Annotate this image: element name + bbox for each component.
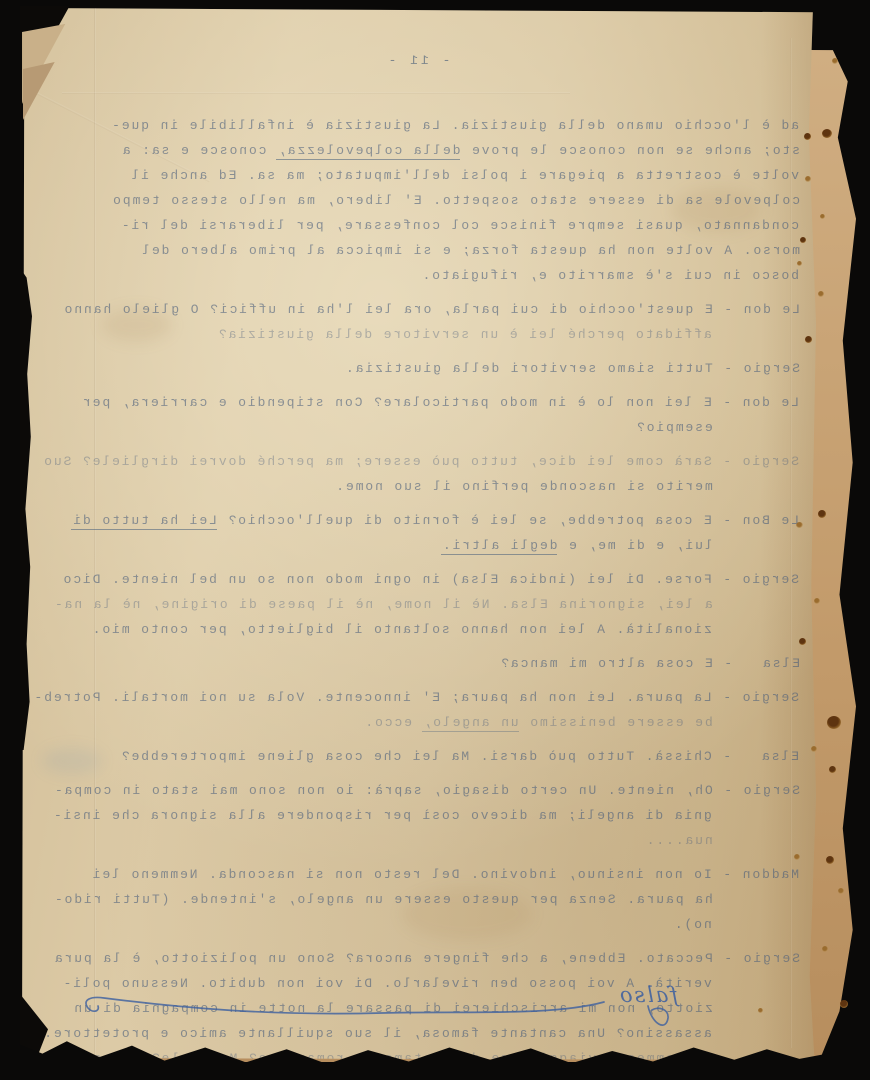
typewritten-line: ha paura. Senza per questo essere un ang… — [36, 887, 800, 912]
line-text: Sergio - Oh, niente. Un certo disagio, s… — [53, 783, 800, 798]
page-number: - 11 - — [36, 48, 800, 73]
typewritten-text: - 11 - ad è l'occhio umano della giustiz… — [36, 48, 800, 1071]
line-text: Elsa - Chissà. Tutto può darsi. Ma lei c… — [120, 749, 799, 764]
worm-hole — [794, 854, 800, 860]
line-text: Le don - E quest'occhio di cui parla, or… — [63, 302, 800, 317]
worm-hole — [804, 133, 811, 140]
typewritten-line: Elsa - Chissà. Tutto può darsi. Ma lei c… — [35, 744, 799, 769]
typewritten-line: lui, e di me, e degli altri. — [36, 533, 800, 558]
line-text: merito si nasconde perfino il suo nome. — [334, 479, 800, 494]
typewritten-line: be essere benissimo un angelo, ecco. — [36, 710, 800, 735]
ink-underline-flourish — [86, 997, 604, 1013]
worm-hole — [832, 58, 838, 64]
typewritten-line: affidato perché lei è un servitore della… — [35, 322, 799, 347]
typewritten-line: Le don - E lei non lo è in modo particol… — [35, 390, 799, 415]
line-text: Sergio - Tutti siamo servitori della giu… — [344, 361, 800, 376]
worm-hole — [829, 766, 836, 773]
worm-hole — [796, 522, 803, 528]
typewritten-line: morso. A volte non ha questa forza; e si… — [36, 238, 800, 263]
line-text: Le don - E lei non lo è in modo particol… — [81, 395, 799, 410]
line-text: sto; anche se non conosce le prove — [460, 143, 800, 158]
line-text: conosce e sa: a — [121, 143, 276, 158]
line-text: ha paura. Senza per questo essere un ang… — [53, 892, 800, 907]
worm-hole — [822, 129, 832, 138]
typewritten-line: esempio? — [36, 415, 800, 440]
typewritten-line: Sergio - Tutti siamo servitori della giu… — [36, 356, 800, 381]
line-text: affidato perché lei è un servitore della… — [217, 327, 799, 342]
typewritten-line: Elsa - E cosa altro mi manca? — [36, 651, 800, 676]
line-text: Sergio - Forse. Di lei (indica Elsa) in … — [62, 572, 799, 587]
underlined-text: della colpevolezza, — [276, 143, 460, 160]
worm-hole — [822, 946, 828, 952]
typewritten-line: Sergio - La paura. Lei non ha paura; E' … — [35, 685, 799, 710]
line-text: Elsa - E cosa altro mi manca? — [499, 656, 800, 671]
typewritten-line: a lei, signorina Elsa. Nè il nome, nè il… — [36, 592, 800, 617]
typewritten-line: Maddon - Io non insinuo, indovino. Del r… — [35, 862, 799, 887]
worm-hole — [799, 638, 806, 645]
line-text: morso. A volte non ha questa forza; e si… — [140, 243, 800, 258]
worm-hole — [805, 176, 811, 182]
typewritten-line: zionalità. A lei non hanno soltanto il b… — [35, 617, 799, 642]
worm-hole — [800, 237, 806, 243]
typewritten-line: condannato, quasi sempre finisce col con… — [35, 213, 799, 238]
photo-background: - 11 - ad è l'occhio umano della giustiz… — [0, 0, 870, 1080]
line-text: a lei, signorina Elsa. Nè il nome, nè il… — [53, 597, 800, 612]
typewritten-line: nua.... — [36, 828, 800, 853]
underlined-text: Lei ha tutto di — [71, 513, 217, 530]
line-text: Le Bon - E cosa potrebbe, se lei è forni… — [217, 513, 799, 528]
underlined-text: un angelo, — [422, 715, 519, 732]
typewritten-line: colpevole sa di essere stato sospetto. E… — [36, 188, 800, 213]
worm-hole — [838, 888, 844, 894]
worm-hole — [811, 746, 817, 752]
line-text: no). — [673, 917, 799, 932]
line-text: Sergio - Sarà come lei dice, tutto può e… — [42, 454, 799, 469]
typewritten-line: gnia di angeli; ma dicevo così per rispo… — [35, 803, 799, 828]
line-text: volte è costretta a piegare i polsi dell… — [130, 168, 799, 183]
script-lines: ad è l'occhio umano della giustizia. La … — [36, 113, 800, 1071]
worm-hole — [818, 291, 824, 297]
worm-hole — [758, 1008, 763, 1013]
line-text: Sergio - La paura. Lei non ha paura; E' … — [33, 690, 799, 705]
worm-hole — [840, 1000, 848, 1008]
line-text: condannato, quasi sempre finisce col con… — [120, 218, 799, 233]
typewritten-line: Sergio - Forse. Di lei (indica Elsa) in … — [35, 567, 799, 592]
typewritten-line: Sergio - Sarà come lei dice, tutto può e… — [35, 449, 799, 474]
typewritten-line: sto; anche se non conosce le prove della… — [36, 138, 800, 163]
line-text: ad è l'occhio umano della giustizia. La … — [110, 118, 799, 133]
line-text: lui, e di me, e — [557, 538, 800, 553]
handwritten-note-text: falso — [618, 983, 680, 1007]
typewritten-line: Sergio - Oh, niente. Un certo disagio, s… — [36, 778, 800, 803]
typewritten-line: Le Bon - E cosa potrebbe, se lei è forni… — [35, 508, 799, 533]
line-text: bosco in cui s'è smarrito e, rifugiato. — [421, 268, 799, 283]
underlined-text: degli altri. — [441, 538, 557, 555]
worm-hole — [814, 598, 820, 604]
typewritten-line: ad è l'occhio umano della giustizia. La … — [35, 113, 799, 138]
typewritten-line: no). — [35, 912, 799, 937]
line-text: Maddon - Io non insinuo, indovino. Del r… — [91, 867, 799, 882]
worm-hole — [827, 716, 841, 729]
line-text: ecco. — [363, 715, 421, 730]
typewritten-line: volte è costretta a piegare i polsi dell… — [35, 163, 799, 188]
line-text: be essere benissimo — [519, 715, 800, 730]
line-text: colpevole sa di essere stato sospetto. E… — [111, 193, 800, 208]
line-text: nua.... — [645, 833, 800, 848]
line-text: esempio? — [635, 420, 800, 435]
worm-hole — [805, 336, 812, 343]
typewritten-line: merito si nasconde perfino il suo nome. — [36, 474, 800, 499]
ink-descender-loop — [648, 1006, 668, 1025]
worm-hole — [820, 214, 825, 219]
worm-hole — [797, 261, 802, 266]
typewritten-line: bosco in cui s'è smarrito e, rifugiato. — [35, 263, 799, 288]
worm-hole — [818, 510, 826, 518]
worm-hole — [826, 856, 834, 864]
document-page: - 11 - ad è l'occhio umano della giustiz… — [22, 8, 816, 1060]
typewritten-line: Le don - E quest'occhio di cui parla, or… — [36, 297, 800, 322]
line-text: zionalità. A lei non hanno soltanto il b… — [91, 622, 799, 637]
handwritten-annotation: falso — [62, 956, 682, 1040]
line-text: gnia di angeli; ma dicevo così per rispo… — [52, 808, 799, 823]
